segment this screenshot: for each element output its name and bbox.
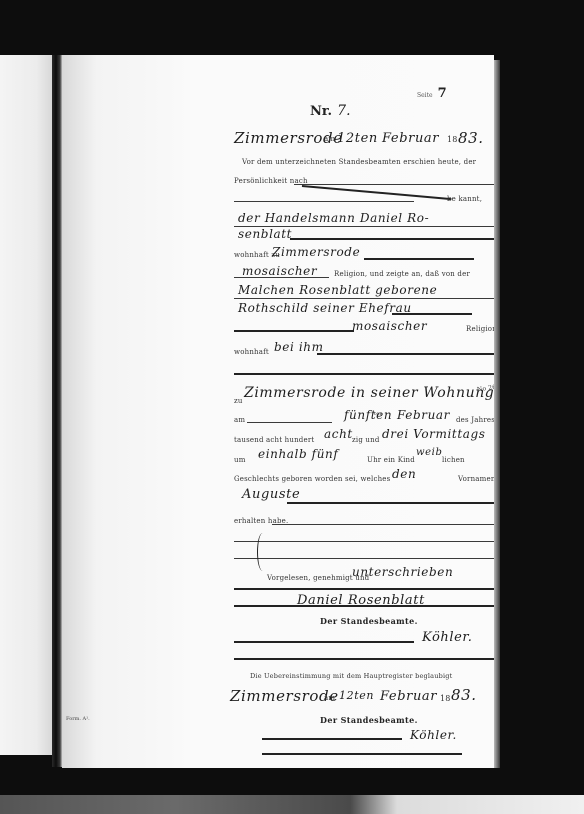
mother-residing-label: wohnhaft (234, 348, 269, 356)
rule (290, 238, 494, 240)
rule (262, 738, 402, 740)
mother-line-2: Rothschild seiner Ehefrau (238, 301, 412, 315)
header-year-prefix: 18 (447, 135, 458, 144)
rule (247, 422, 332, 423)
page-number: 7 (438, 86, 447, 101)
child-text: Uhr ein Kind (367, 456, 415, 464)
rule (234, 541, 494, 542)
declarant-line-2: senblatt (238, 227, 292, 241)
form-id: Form. A¹. (66, 716, 90, 722)
rule (234, 277, 329, 278)
sex-suffix: lichen (442, 456, 465, 464)
birth-date-label: am (234, 416, 245, 424)
viewer-footer (0, 795, 584, 814)
forename-label: Vornamen (458, 475, 496, 483)
bracket-mark (257, 533, 268, 571)
rule (234, 605, 494, 607)
certification-registrar-heading: Der Standesbeamte. (320, 715, 418, 725)
known-suffix: be kannt, (447, 195, 482, 203)
certification-place: Zimmersrode (230, 687, 339, 705)
page-edge (494, 60, 500, 768)
mother-religion-value: mosaischer (352, 319, 427, 333)
rule (234, 330, 354, 332)
birth-place-value: Zimmersrode in seiner Wohnung (244, 385, 494, 401)
birth-month-value: Februar (397, 408, 450, 422)
rule (294, 184, 494, 185)
strike-line (302, 185, 452, 200)
birth-place-label: zu (234, 397, 243, 405)
header-date-month: Februar (382, 131, 439, 146)
year-text: tausend acht hundert (234, 436, 314, 444)
rule (234, 558, 494, 559)
book-gutter (52, 55, 62, 767)
rule (287, 502, 494, 504)
and-label: zig und (352, 436, 380, 444)
forename-value: Auguste (242, 487, 300, 502)
record-label: Nr. (310, 104, 332, 119)
sex-value: weib (416, 447, 442, 458)
time-of-day: drei Vormittags (382, 427, 486, 441)
record-number: 7. (337, 103, 350, 119)
rule (234, 298, 494, 299)
read-value: unterschrieben (352, 565, 453, 579)
year-value: acht (324, 427, 353, 441)
mother-residing-value: bei ihm (274, 340, 324, 354)
record-number-block: Nr. 7. (310, 100, 351, 119)
page-number-block: Seite 7 (417, 82, 447, 101)
registrar-signature: Köhler. (422, 630, 473, 645)
mother-line-1: Malchen Rosenblatt geborene (238, 283, 437, 297)
rule (234, 658, 494, 660)
left-page (0, 55, 52, 755)
certification-text: Die Uebereinstimmung mit dem Hauptregist… (250, 672, 452, 680)
intro-text: Vor dem unterzeichneten Standesbeamten e… (242, 158, 476, 166)
certification-year-prefix: 18 (440, 694, 451, 703)
rule (317, 353, 494, 355)
certification-date-day: 12ten (339, 689, 374, 702)
religion-value: mosaischer (242, 264, 317, 278)
certification-date-month: Februar (380, 689, 437, 704)
rule (262, 753, 462, 755)
header-year-suffix: 83. (458, 129, 484, 147)
register-page: Seite 7 Nr. 7. Zimmersrode am 12ten Febr… (62, 55, 494, 768)
residing-value: Zimmersrode (272, 245, 360, 259)
article-value: den (392, 467, 416, 481)
rule (234, 373, 494, 375)
rule (272, 524, 494, 525)
rule (234, 201, 414, 202)
religion-text: Religion, und zeigte an, daß von der (334, 270, 470, 278)
rule (234, 641, 414, 643)
gender-text: Geschlechts geboren worden sei, welches (234, 475, 390, 483)
page-label: Seite (417, 92, 433, 99)
certification-at-label: am (324, 694, 335, 702)
rule (234, 588, 494, 590)
birth-month-sup: ten (374, 411, 383, 417)
certification-year-suffix: 83. (451, 686, 477, 704)
certification-registrar-signature: Köhler. (410, 728, 457, 742)
scan-background: Seite 7 Nr. 7. Zimmersrode am 12ten Febr… (0, 0, 584, 795)
hour-value: einhalb fünf (258, 447, 338, 461)
header-at-label: am (324, 135, 335, 143)
birth-date-value: fünften (344, 408, 392, 422)
registrar-heading: Der Standesbeamte. (320, 616, 418, 626)
declarant-line-1: der Handelsmann Daniel Ro- (238, 211, 429, 225)
header-date-day: 12ten (337, 131, 378, 146)
rule (364, 258, 474, 260)
hour-label: um (234, 456, 246, 464)
year-label: des Jahres (456, 416, 495, 424)
rule (392, 313, 472, 315)
